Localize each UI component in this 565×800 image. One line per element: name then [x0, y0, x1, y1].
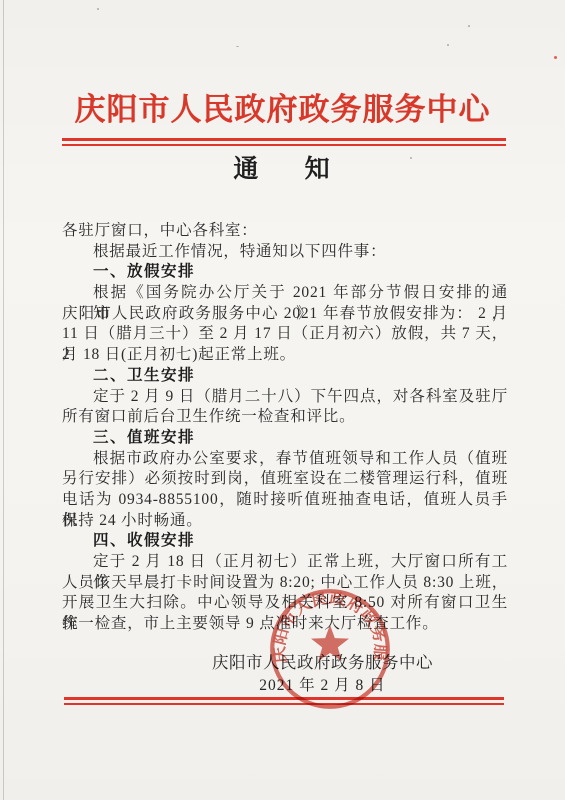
signature-org: 庆阳市人民政府政务服务中心: [205, 651, 440, 674]
scan-speck: [554, 56, 557, 59]
scan-speck: [97, 8, 99, 10]
scan-speck: [410, 157, 412, 159]
scan-speck: [447, 44, 449, 46]
org-title: 庆阳市人民政府政务服务中心: [0, 84, 565, 129]
body-line: 保持 24 小时畅通。: [62, 511, 508, 532]
section-heading: 二、卫生安排: [62, 366, 508, 387]
section-heading: 一、放假安排: [62, 262, 508, 283]
body-line: 根据《国务院办公厅关于 2021 年部分节假日安排的通知》，: [62, 283, 508, 304]
section-heading: 四、收假安排: [62, 531, 508, 552]
body-line: 另行安排）必须按时到岗，值班室设在二楼管理运行科，值班: [62, 469, 508, 490]
body-line: 所有窗口前后台卫生作统一检查和评比。: [62, 407, 508, 428]
body-line: 开展卫生大扫除。中心领导及相关科室 8:50 对所有窗口卫生作: [62, 593, 508, 614]
footer-rule: [64, 697, 504, 705]
notice-document: 庆阳市人民政府政务服务中心 通 知 各驻厅窗口，中心各科室： 根据最近工作情况，…: [0, 0, 565, 800]
header-rule: [62, 138, 506, 146]
scan-speck: [236, 46, 239, 47]
body-line: 根据市政府办公室要求，春节值班领导和工作人员（值班: [62, 449, 508, 470]
body-line: 各驻厅窗口，中心各科室：: [62, 221, 508, 242]
body-line: 统一检查，市上主要领导 9 点准时来大厅检查工作。: [62, 614, 508, 635]
notice-body: 各驻厅窗口，中心各科室： 根据最近工作情况，特通知以下四件事： 一、放假安排 根…: [62, 221, 508, 635]
body-line: 11 日（腊月三十）至 2 月 17 日（正月初六）放假，共 7 天，2: [62, 324, 508, 345]
notice-heading: 通 知: [0, 149, 565, 185]
body-line: 根据最近工作情况，特通知以下四件事：: [62, 242, 508, 263]
scan-speck: [468, 25, 470, 27]
body-line: 定于 2 月 9 日（腊月二十八）下午四点，对各科室及驻厅: [62, 387, 508, 408]
body-line: 定于 2 月 18 日（正月初七）正常上班，大厅窗口所有工作: [62, 552, 508, 573]
body-line: 月 18 日(正月初七)起正常上班。: [62, 345, 508, 366]
section-heading: 三、值班安排: [62, 428, 508, 449]
signature-date: 2021 年 2 月 8 日: [205, 674, 440, 697]
body-line: 人员该天早晨打卡时间设置为 8:20; 中心工作人员 8:30 上班，: [62, 573, 508, 594]
body-line: 电话为 0934-8855100，随时接听值班抽查电话，值班人员手机: [62, 490, 508, 511]
signature-block: 庆阳市人民政府政务服务中心 2021 年 2 月 8 日: [205, 651, 440, 697]
body-line: 庆阳市人民政府政务服务中心 2021 年春节放假安排为： 2 月: [62, 304, 508, 325]
